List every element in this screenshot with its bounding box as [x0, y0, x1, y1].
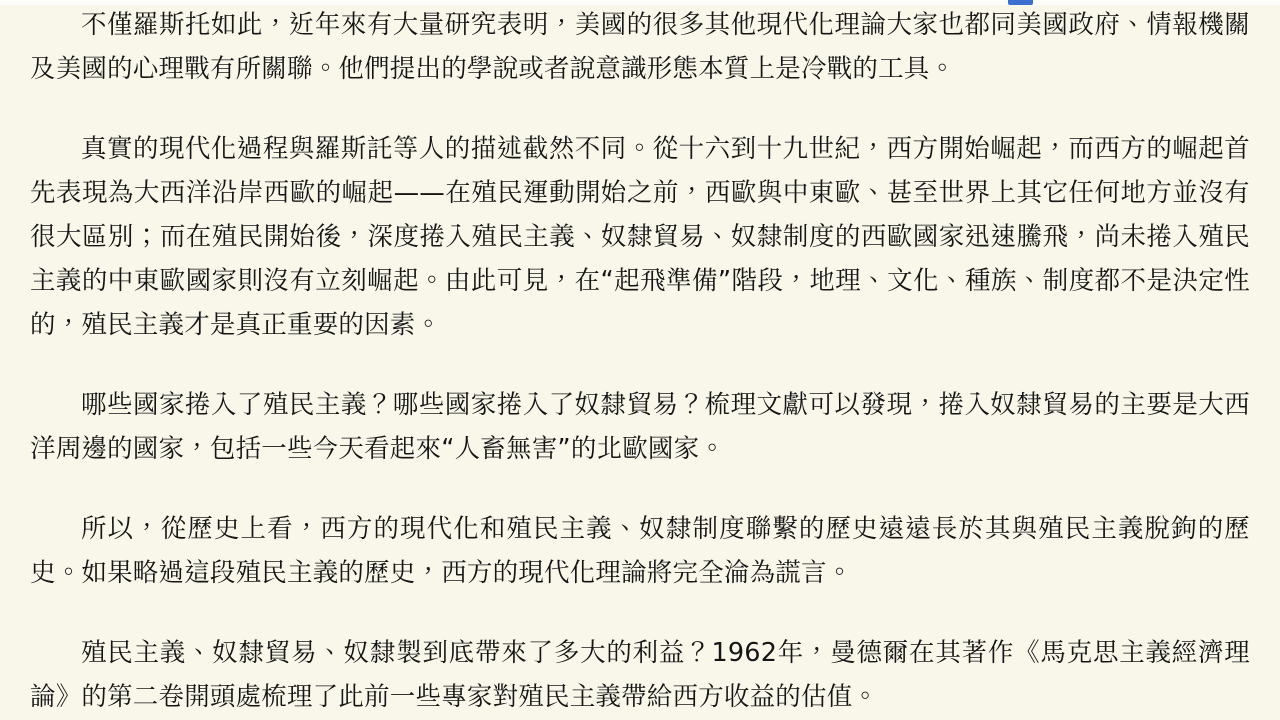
paragraph-5: 殖民主義、奴隸貿易、奴隸製到底帶來了多大的利益？1962年，曼德爾在其著作《馬克… [30, 631, 1250, 719]
paragraph-2: 真實的現代化過程與羅斯託等人的描述截然不同。從十六到十九世紀，西方開始崛起，而西… [30, 127, 1250, 347]
paragraph-1: 不僅羅斯托如此，近年來有大量研究表明，美國的很多其他現代化理論大家也都同美國政府… [30, 3, 1250, 91]
paragraph-4: 所以，從歷史上看，西方的現代化和殖民主義、奴隸制度聯繫的歷史遠遠長於其與殖民主義… [30, 507, 1250, 595]
article-text-page: 不僅羅斯托如此，近年來有大量研究表明，美國的很多其他現代化理論大家也都同美國政府… [30, 3, 1250, 719]
paragraph-3: 哪些國家捲入了殖民主義？哪些國家捲入了奴隸貿易？梳理文獻可以發現，捲入奴隸貿易的… [30, 383, 1250, 471]
